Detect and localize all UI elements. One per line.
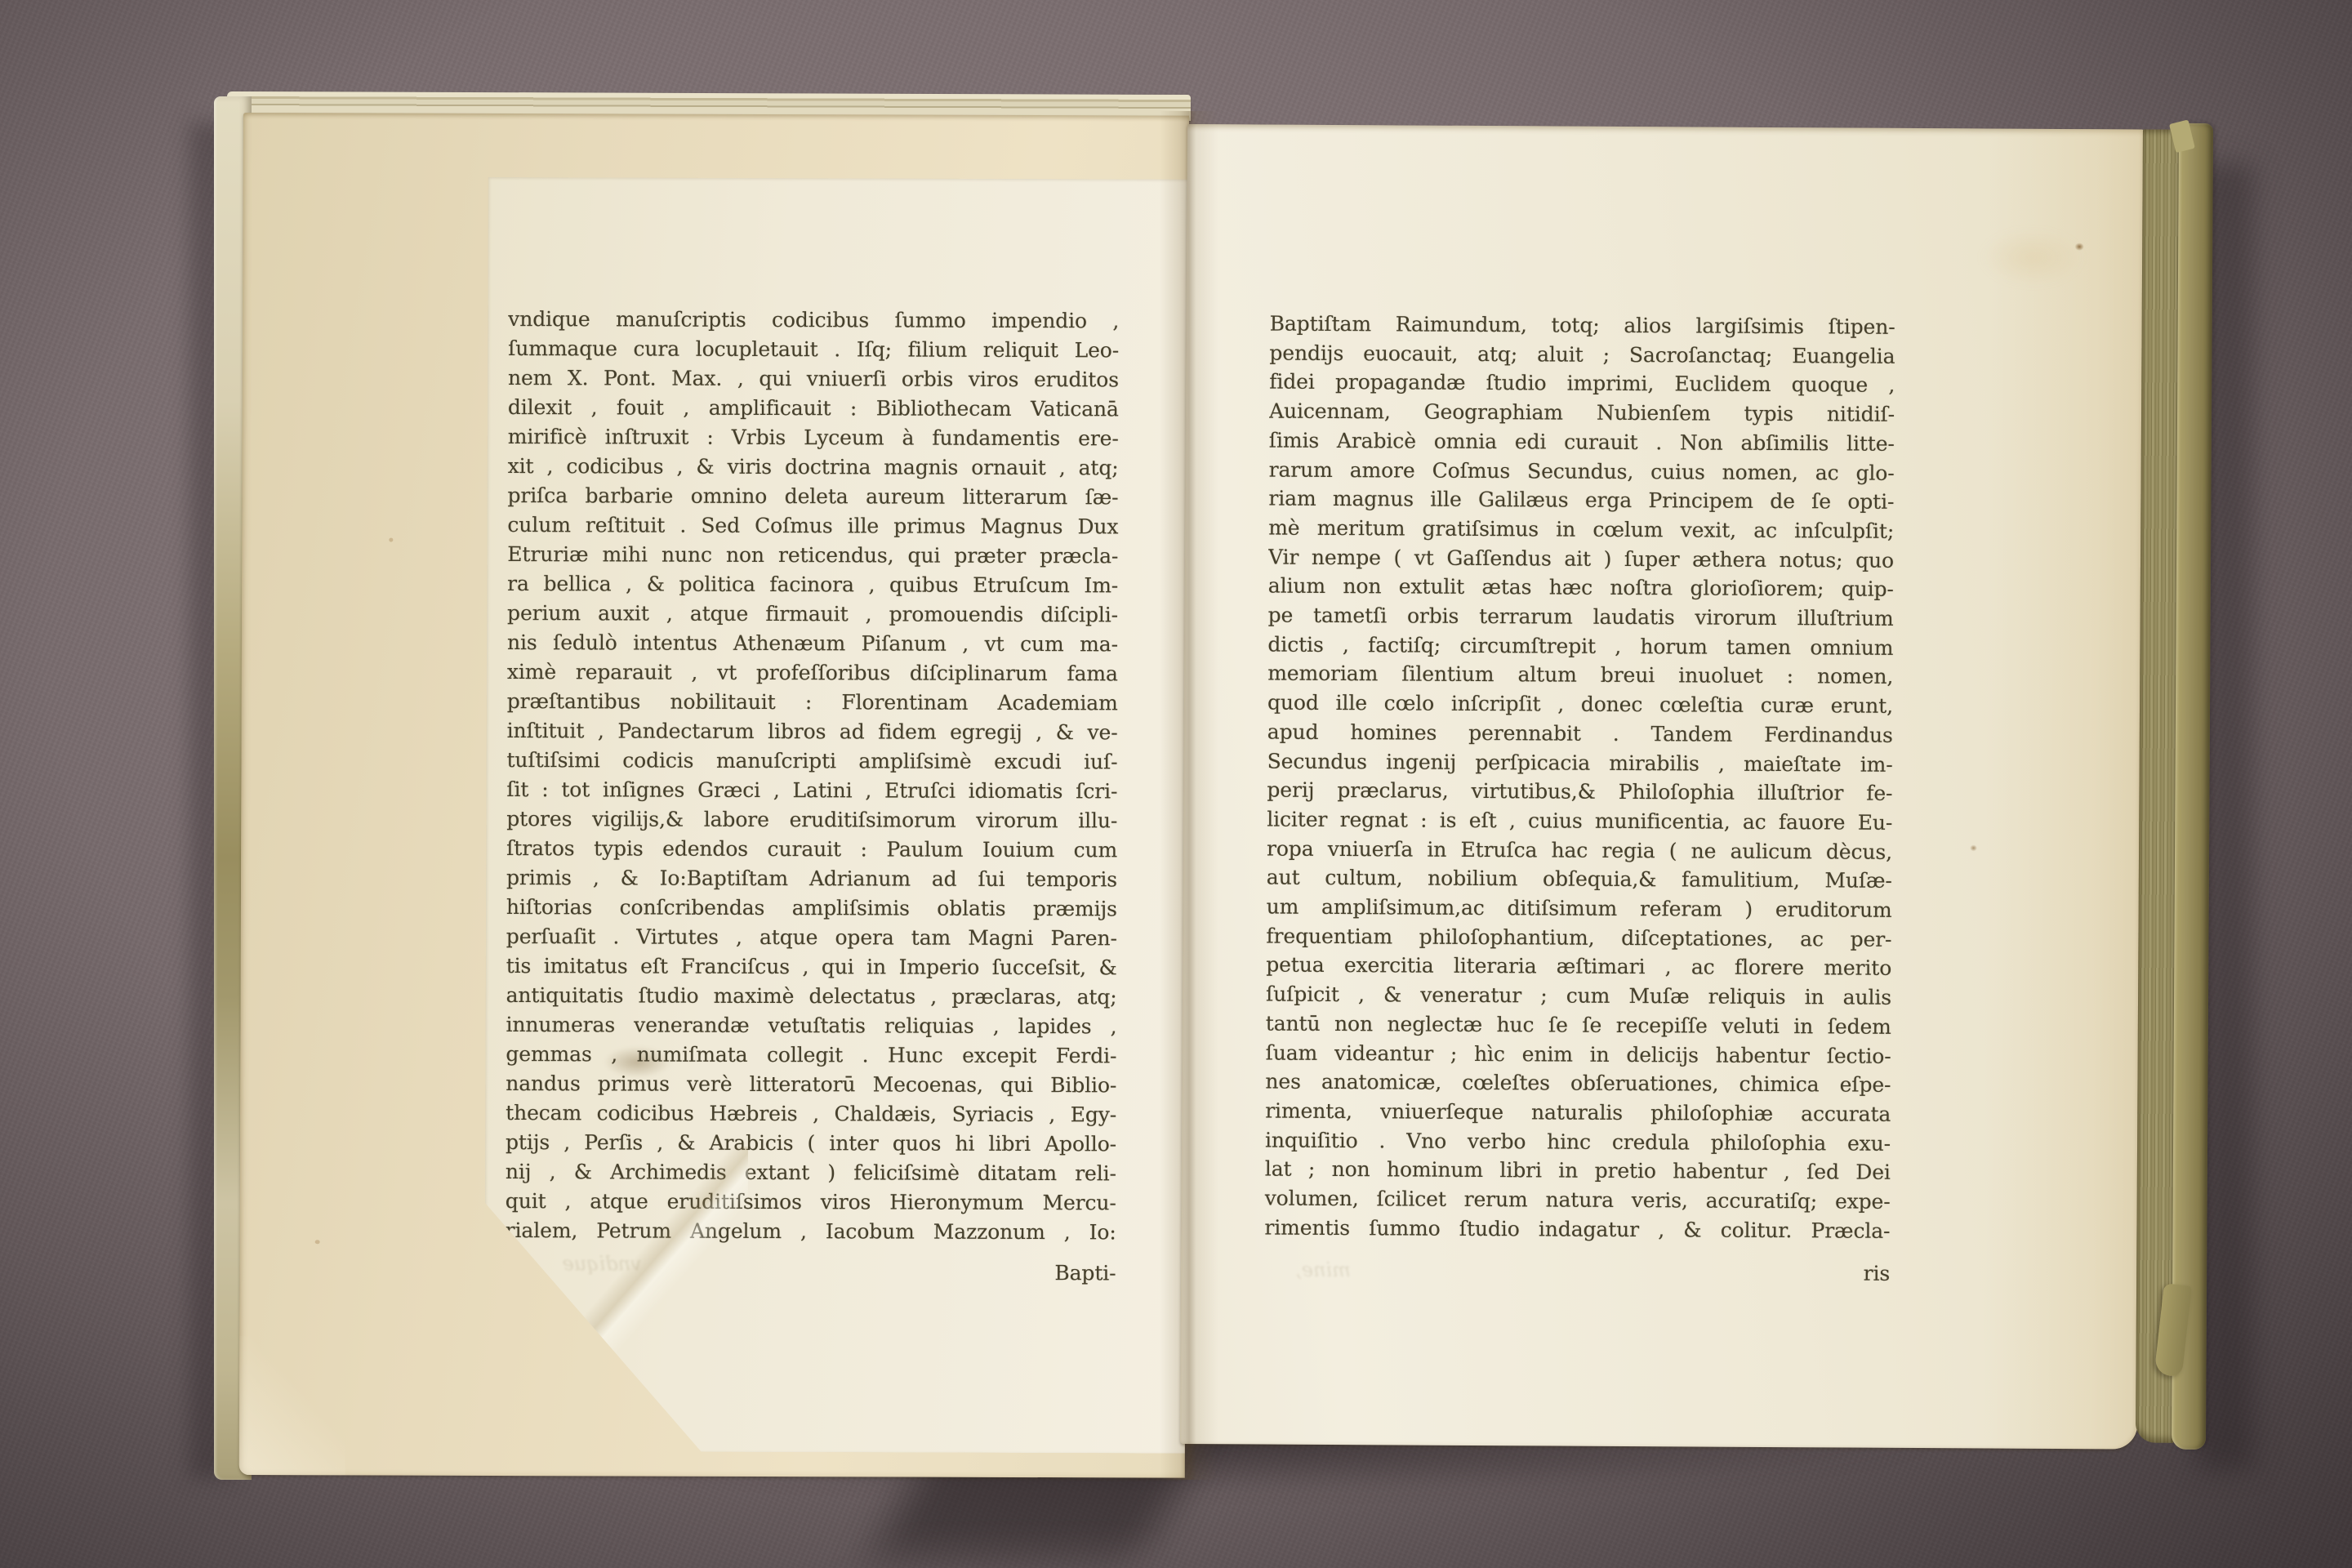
left-page: vndique manuſcriptis codicibus ſummo imp… xyxy=(484,177,1189,1454)
text-line: rimenta, vniuerſeque naturalis philoſoph… xyxy=(1265,1097,1891,1129)
text-line: Baptiſtam Raimundum, totq; alios largiſs… xyxy=(1270,310,1895,342)
text-line: vndique manuſcriptis codicibus ſummo imp… xyxy=(508,305,1119,336)
fox-spot xyxy=(1969,844,1978,852)
text-line: ſuſpicit , & veneratur ; cum Muſæ reliqu… xyxy=(1266,980,1891,1013)
text-line: Etruriæ mihi nunc non reticendus, qui pr… xyxy=(507,540,1118,571)
text-line: ſimis Arabicè omnia edi curauit . Non ab… xyxy=(1269,425,1895,458)
text-line: thecam codicibus Hæbreis , Chaldæis, Syr… xyxy=(506,1098,1116,1129)
left-underleaf: vndique manuſcriptis codicibus ſummo imp… xyxy=(239,113,1189,1478)
text-line: volumen, ſcilicet rerum natura veris, ac… xyxy=(1265,1184,1891,1217)
left-page-text: vndique manuſcriptis codicibus ſummo imp… xyxy=(506,305,1120,1247)
text-line: quit , atque eruditiſsimos viros Hierony… xyxy=(506,1187,1116,1218)
text-line: ptijs , Perſis , & Arabicis ( inter quos… xyxy=(506,1128,1116,1159)
text-line: „pe tametſi orbis terrarum laudatis viro… xyxy=(1268,601,1894,634)
text-line: petua exercitia literaria æſtimari , ac … xyxy=(1266,951,1891,983)
text-line: ximè reparauit , vt profeſſoribus diſcip… xyxy=(507,657,1118,688)
text-line: perium auxit , atque firmauit , promouen… xyxy=(507,599,1118,630)
photograph: vndique manuſcriptis codicibus ſummo imp… xyxy=(0,0,2352,1568)
show-through-text: vndique xyxy=(563,1252,642,1275)
text-line: nij , & Archimedis extant ) feliciſsimè … xyxy=(506,1157,1116,1188)
open-book: vndique manuſcriptis codicibus ſummo imp… xyxy=(214,91,2215,1490)
text-line: „quod ille cœlo inſcripſit , donec cœleſ… xyxy=(1267,688,1893,721)
text-line: nis ſedulò intentus Athenæum Piſanum , v… xyxy=(507,628,1118,659)
right-leaf-group: Baptiſtam Raimundum, totq; alios largiſs… xyxy=(1180,124,2215,1458)
text-line: culum reſtituit . Sed Coſmus ille primus… xyxy=(507,510,1118,541)
text-line: mè meritum gratiſsimus in cœlum vexit, a… xyxy=(1268,513,1894,546)
show-through-text: mine, xyxy=(1295,1258,1351,1281)
text-line: ptores vigilijs,& labore eruditiſsimorum… xyxy=(506,804,1117,835)
text-line: „memoriam ſilentium altum breui inuoluet… xyxy=(1267,659,1893,692)
text-line: tis imitatus eſt Franciſcus , qui in Imp… xyxy=(506,951,1117,982)
right-page: Baptiſtam Raimundum, totq; alios largiſs… xyxy=(1180,124,2145,1450)
text-line: xit , codicibus , & viris doctrina magni… xyxy=(508,452,1119,483)
text-line: ſtratos typis edendos curauit : Paulum I… xyxy=(506,834,1117,865)
text-line: dilexit , fouit , amplificauit : Bibliot… xyxy=(508,393,1119,424)
text-line: inquiſitio . Vno verbo hinc credula phil… xyxy=(1265,1125,1891,1158)
text-line: lat ; non hominum libri in pretio habent… xyxy=(1265,1155,1891,1187)
gutter-shadow xyxy=(1160,111,1218,1480)
text-line: nem X. Pont. Max. , qui vniuerſi orbis v… xyxy=(508,363,1119,394)
text-line: nes anatomicæ, cœleſtes obſeruationes, c… xyxy=(1265,1067,1891,1100)
text-line: „Vir nempe ( vt Gaſſendus ait ) ſuper æt… xyxy=(1268,542,1894,575)
text-line: nandus primus verè litteratorū Mecoenas,… xyxy=(506,1069,1116,1100)
text-line: rialem, Petrum Angelum , Iacobum Mazzonu… xyxy=(506,1216,1116,1247)
text-line: ſuam videantur ; hìc enim in delicijs ha… xyxy=(1266,1038,1891,1071)
text-line: aut cultum, nobilium obſequia,& famuliti… xyxy=(1267,863,1892,896)
text-line: tantū non neglectæ huc ſe ſe recepiſſe v… xyxy=(1266,1009,1891,1041)
text-line: Auicennam, Geographiam Nubienſem typis n… xyxy=(1269,397,1895,430)
text-line: præſtantibus nobilitauit : Florentinam A… xyxy=(507,687,1118,718)
text-line: liciter regnat : is eſt , cuius munifice… xyxy=(1267,805,1892,838)
text-line: gemmas , numiſmata collegit . Hunc excep… xyxy=(506,1040,1116,1071)
text-line: tuſtiſsimi codicis manuſcripti ampliſsim… xyxy=(506,746,1117,777)
text-line: perij præclarus, virtutibus,& Philoſophi… xyxy=(1267,776,1892,808)
right-catchword: ris xyxy=(1264,1256,1890,1289)
text-line: Secundus ingenij perſpicacia mirabilis ,… xyxy=(1267,746,1893,779)
right-page-text: Baptiſtam Raimundum, totq; alios largiſs… xyxy=(1264,310,1895,1246)
text-line: „apud homines perennabit . Tandem Ferdin… xyxy=(1267,717,1893,750)
paper-fleck xyxy=(389,538,393,542)
text-line: rimentis ſummo ſtudio indagatur , & coli… xyxy=(1264,1213,1890,1245)
text-line: mirificè inſtruxit : Vrbis Lyceum à fund… xyxy=(508,422,1119,453)
fore-edge xyxy=(2136,123,2215,1453)
text-line: ra bellica , & politica facinora , quibu… xyxy=(507,569,1118,600)
text-line: ſummaque cura locupletauit . Iſq; filium… xyxy=(508,334,1119,365)
text-line: primis , & Io:Baptiſtam Adrianum ad ſui … xyxy=(506,863,1117,894)
text-line: ropa vniuerſa in Etruſca hac regia ( ne … xyxy=(1267,834,1892,866)
paper-fleck xyxy=(315,1240,320,1244)
text-line: innumeras venerandæ vetuſtatis reliquias… xyxy=(506,1010,1116,1041)
text-line: hiſtorias conſcribendas ampliſsimis obla… xyxy=(506,893,1117,924)
text-line: „alium non extulit ætas hæc noſtra glori… xyxy=(1268,572,1894,604)
toning-patch xyxy=(1962,218,2102,296)
vellum-cover-right-edge xyxy=(2172,123,2213,1450)
text-line: frequentiam philoſophantium, diſceptatio… xyxy=(1266,921,1891,954)
text-line: ſit : tot inſignes Græci , Latini , Etru… xyxy=(506,775,1117,806)
text-line: um ampliſsimum,ac ditiſsimum referam ) e… xyxy=(1267,893,1892,925)
text-line: inſtituit , Pandectarum libros ad fidem … xyxy=(507,716,1118,747)
text-line: pendijs euocauit, atq; aluit ; Sacroſanc… xyxy=(1269,338,1895,371)
fox-spot xyxy=(2074,242,2085,252)
text-line: priſca barbarie omnino deleta aureum lit… xyxy=(507,481,1118,512)
text-line: antiquitatis ſtudio maximè delectatus , … xyxy=(506,981,1117,1012)
text-line: fidei propagandæ ſtudio imprimi, Euclide… xyxy=(1269,367,1895,400)
text-line: riam magnus ille Galilæus erga Principem… xyxy=(1268,484,1894,517)
left-catchword: Bapti- xyxy=(505,1257,1116,1288)
text-line: rarum amore Coſmus Secundus, cuius nomen… xyxy=(1269,455,1895,488)
text-line: „dictis , factiſq; circumſtrepit , horum… xyxy=(1267,630,1893,662)
text-line: perſuaſit . Virtutes , atque opera tam M… xyxy=(506,922,1117,953)
